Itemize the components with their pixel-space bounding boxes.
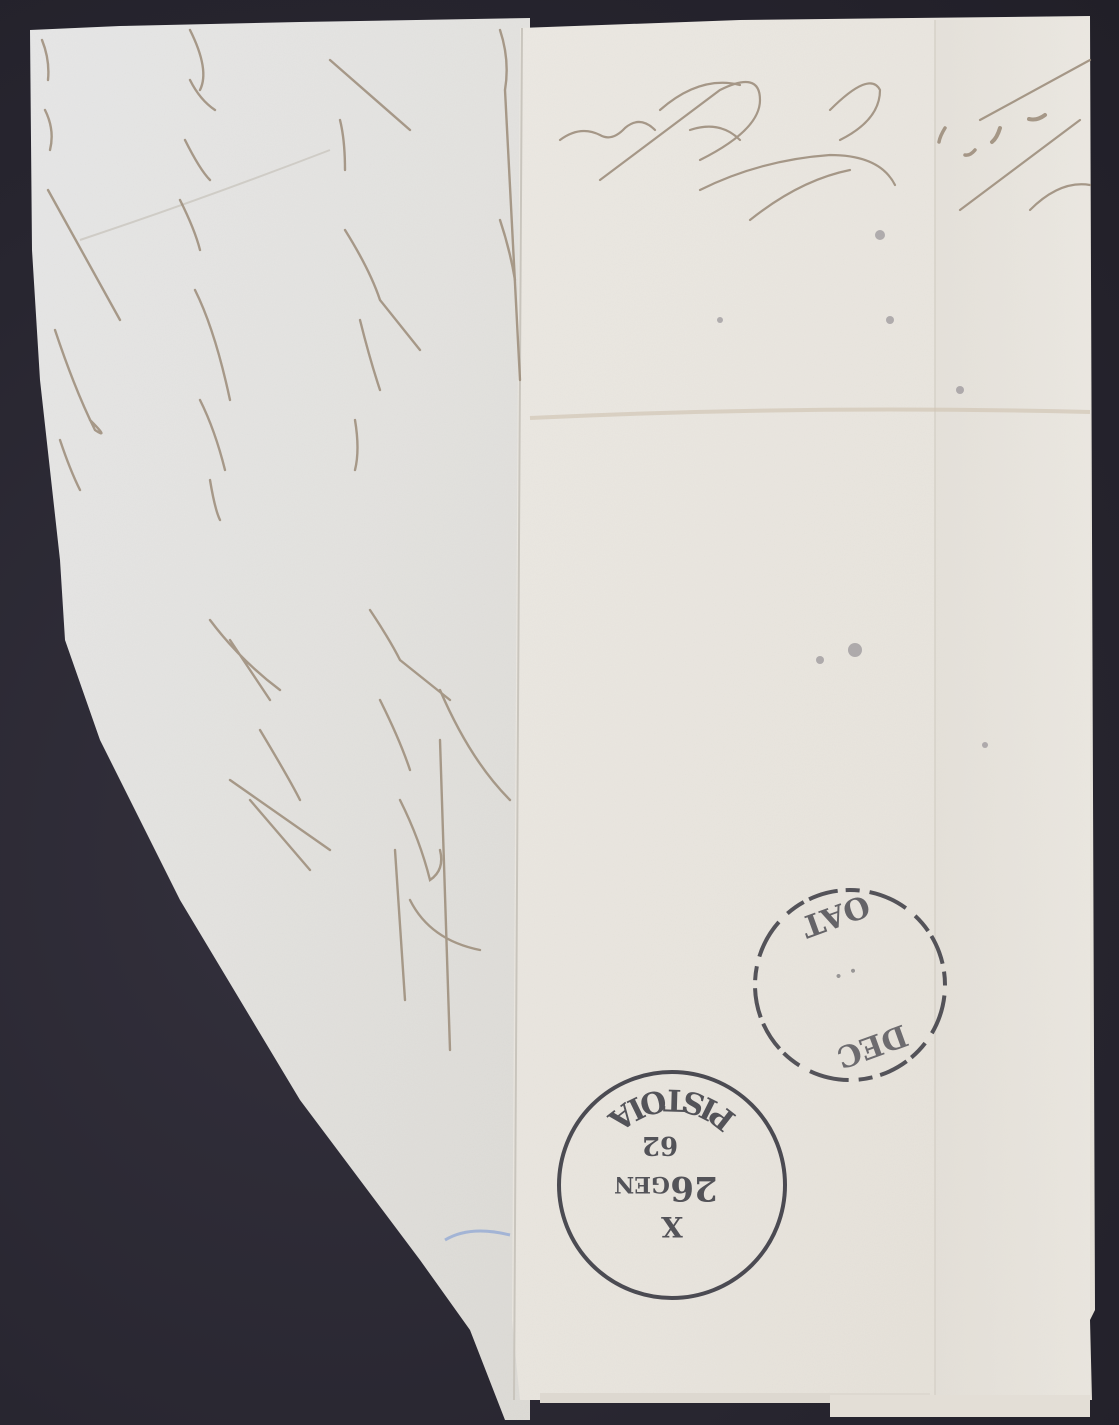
- folded-letter: DEC · · OAT PISTOIA X 26 GEN 62: [0, 0, 1119, 1425]
- main-panel: [512, 16, 1095, 1417]
- letter-photo: DEC · · OAT PISTOIA X 26 GEN 62: [0, 0, 1119, 1425]
- postmark-day: 26: [670, 1168, 717, 1208]
- postmark-month: GEN: [614, 1171, 670, 1197]
- left-flap: [30, 18, 530, 1420]
- postmark-code: X: [661, 1210, 683, 1243]
- postmark-year: 62: [642, 1130, 678, 1160]
